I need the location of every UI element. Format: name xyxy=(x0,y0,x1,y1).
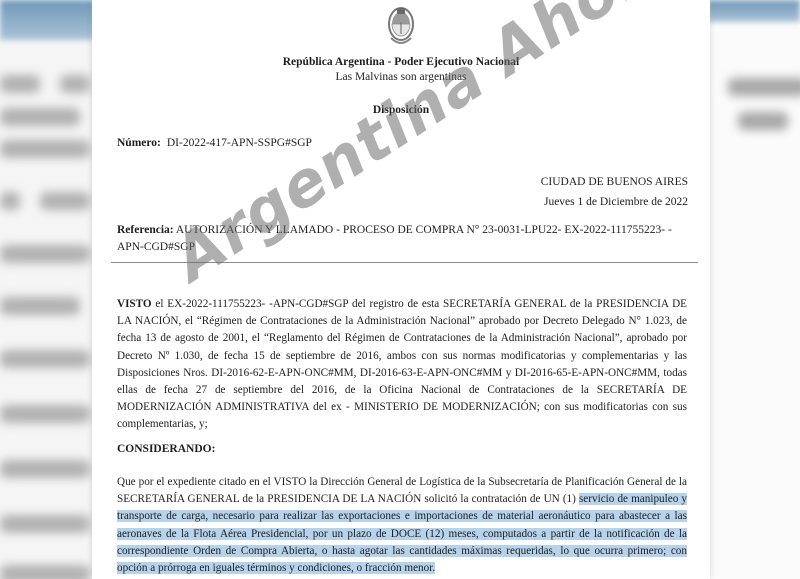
place-date: CIUDAD DE BUENOS AIRES Jueves 1 de Dicie… xyxy=(541,172,688,212)
blurred-background-left xyxy=(0,0,95,579)
document-number-value: DI-2022-417-APN-SSPG#SGP xyxy=(167,137,312,149)
date: Jueves 1 de Diciembre de 2022 xyxy=(541,192,688,212)
highlighted-text-selection[interactable]: servicio de manipuleo y transporte de ca… xyxy=(117,493,687,574)
visto-text: el EX-2022-111755223- -APN-CGD#SGP del r… xyxy=(117,298,687,430)
document-number: Número:DI-2022-417-APN-SSPG#SGP xyxy=(117,137,312,149)
document-type: Disposición xyxy=(92,104,710,116)
divider xyxy=(111,262,698,263)
considerando-heading: CONSIDERANDO: xyxy=(117,443,215,455)
visto-paragraph: VISTO el EX-2022-111755223- -APN-CGD#SGP… xyxy=(117,296,687,434)
header-title: República Argentina - Poder Ejecutivo Na… xyxy=(92,56,710,68)
city: CIUDAD DE BUENOS AIRES xyxy=(541,172,688,192)
reference-value: AUTORIZACIÓN Y LLAMADO - PROCESO DE COMP… xyxy=(117,224,672,253)
header-subtitle: Las Malvinas son argentinas xyxy=(92,71,710,83)
blurred-background-right xyxy=(708,0,800,579)
argentina-coat-of-arms-icon xyxy=(386,0,416,50)
document-page: República Argentina - Poder Ejecutivo Na… xyxy=(92,0,710,579)
considerando-paragraph: Que por el expediente citado en el VISTO… xyxy=(117,474,687,577)
reference-label: Referencia: xyxy=(117,224,174,236)
visto-label: VISTO xyxy=(117,298,152,310)
document-number-label: Número: xyxy=(117,137,161,149)
reference: Referencia: AUTORIZACIÓN Y LLAMADO - PRO… xyxy=(117,222,685,256)
